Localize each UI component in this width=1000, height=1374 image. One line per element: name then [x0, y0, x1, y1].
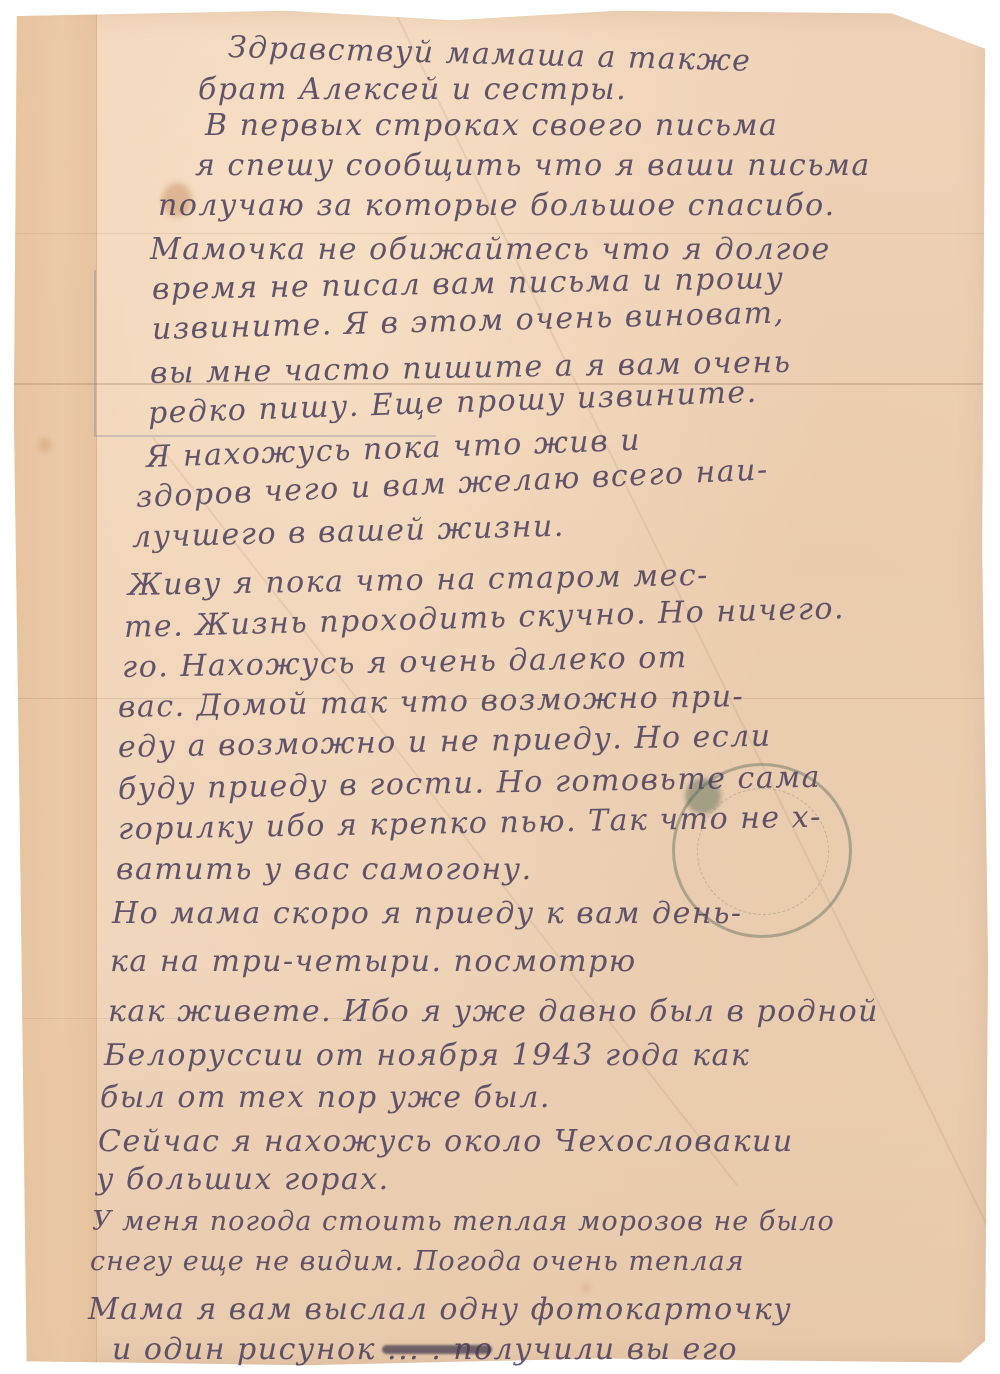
letter-line: Сейчас я нахожусь около Чехословакии: [98, 1124, 794, 1159]
letter-line: Белоруссии от ноября 1943 года как: [104, 1038, 750, 1073]
letter-line: вас. Домой так что возможно при-: [118, 679, 745, 725]
letter-line: горилку ибо я крепко пью. Так что не х-: [118, 800, 822, 847]
letter-line: еду а возможно и не приеду. Но если: [118, 719, 772, 765]
letter-line: Мама я вам выслал одну фотокарточку: [88, 1292, 792, 1327]
letter-line: у больших горах.: [96, 1162, 390, 1197]
letter-line: Но мама скоро я приеду к вам день-: [112, 896, 743, 931]
letter-line: лучшего в вашей жизни.: [132, 509, 566, 555]
letter-line: я спешу сообщить что я ваши письма: [195, 148, 871, 183]
letter-line: брат Алексей и сестры.: [198, 72, 627, 107]
letter-line: получаю за которые большое спасибо.: [158, 188, 836, 223]
letter-line: В первых строках своего письма: [205, 108, 778, 143]
letter-line: У меня погода стоить теплая морозов не б…: [92, 1206, 835, 1237]
letter-line: ка на три-четыри. посмотрю: [110, 944, 637, 979]
letter-text: Здравствуй мамаша а также брат Алексей и…: [0, 0, 1000, 1374]
letter-line: буду приеду в гости. Но готовьте сама: [118, 760, 822, 807]
letter-line: был от тех пор уже был.: [100, 1080, 551, 1115]
crossed-out-word: [382, 1345, 492, 1354]
letter-line: как живете. Ибо я уже давно был в родной: [108, 994, 879, 1029]
letter-line: ватить у вас самогону.: [116, 852, 533, 887]
letter-line: снегу еще не видим. Погода очень теплая: [90, 1246, 745, 1277]
letter-line: го. Нахожусь я очень далеко от: [122, 640, 688, 685]
